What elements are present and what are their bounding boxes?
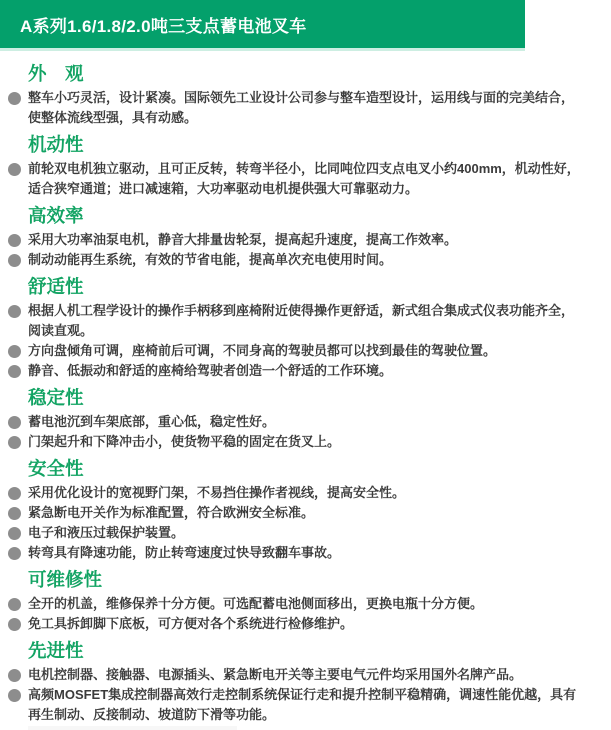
section-comfort: 舒适性 根据人机工程学设计的操作手柄移到座椅附近使得操作更舒适，新式组合集成式仪… <box>8 276 611 381</box>
bullet-icon <box>8 234 21 247</box>
section-advancement: 先进性 电机控制器、接触器、电源插头、紧急断电开关等主要电气元件均采用国外名牌产… <box>8 640 611 725</box>
feature-item: 蓄电池沉到车架底部，重心低，稳定性好。 <box>8 412 611 432</box>
section-heading: 安全性 <box>28 458 611 479</box>
section-heading: 先进性 <box>28 640 611 661</box>
bullet-icon <box>8 365 21 378</box>
bullet-icon <box>8 507 21 520</box>
feature-list: 外 观 整车小巧灵活，设计紧凑。国际领先工业设计公司参与整车造型设计，运用线与面… <box>0 51 611 725</box>
feature-item: 门架起升和下降冲击小，使货物平稳的固定在货叉上。 <box>8 432 611 452</box>
bullet-icon <box>8 254 21 267</box>
feature-text: 转弯具有降速功能，防止转弯速度过快导致翻车事故。 <box>28 543 581 563</box>
feature-text: 高频MOSFET集成控制器高效行走控制系统保证行走和提升控制平稳精确，调速性能优… <box>28 685 581 725</box>
feature-text: 采用大功率油泵电机，静音大排量齿轮泵，提高起升速度，提高工作效率。 <box>28 230 581 250</box>
section-mobility: 机动性 前轮双电机独立驱动，且可正反转，转弯半径小，比同吨位四支点电叉小约400… <box>8 134 611 199</box>
feature-item: 转弯具有降速功能，防止转弯速度过快导致翻车事故。 <box>8 543 611 563</box>
section-safety: 安全性 采用优化设计的宽视野门架，不易挡住操作者视线，提高安全性。 紧急断电开关… <box>8 458 611 563</box>
feature-item: 前轮双电机独立驱动，且可正反转，转弯半径小，比同吨位四支点电叉小约400mm，机… <box>8 159 611 199</box>
feature-item: 电机控制器、接触器、电源插头、紧急断电开关等主要电气元件均采用国外名牌产品。 <box>8 665 611 685</box>
feature-text: 方向盘倾角可调，座椅前后可调，不同身高的驾驶员都可以找到最佳的驾驶位置。 <box>28 341 581 361</box>
bullet-icon <box>8 305 21 318</box>
bullet-icon <box>8 618 21 631</box>
bullet-icon <box>8 92 21 105</box>
feature-text: 全开的机盖，维修保养十分方便。可选配蓄电池侧面移出，更换电瓶十分方便。 <box>28 594 581 614</box>
bullet-icon <box>8 345 21 358</box>
feature-item: 全开的机盖，维修保养十分方便。可选配蓄电池侧面移出，更换电瓶十分方便。 <box>8 594 611 614</box>
bullet-icon <box>8 669 21 682</box>
feature-text: 根据人机工程学设计的操作手柄移到座椅附近使得操作更舒适，新式组合集成式仪表功能齐… <box>28 301 581 341</box>
bullet-icon <box>8 547 21 560</box>
title-bar: A系列1.6/1.8/2.0吨三支点蓄电池叉车 <box>0 0 525 51</box>
feature-item: 方向盘倾角可调，座椅前后可调，不同身高的驾驶员都可以找到最佳的驾驶位置。 <box>8 341 611 361</box>
section-heading: 机动性 <box>28 134 611 155</box>
section-efficiency: 高效率 采用大功率油泵电机，静音大排量齿轮泵，提高起升速度，提高工作效率。 制动… <box>8 205 611 270</box>
section-appearance: 外 观 整车小巧灵活，设计紧凑。国际领先工业设计公司参与整车造型设计，运用线与面… <box>8 63 611 128</box>
page-title: A系列1.6/1.8/2.0吨三支点蓄电池叉车 <box>20 12 307 37</box>
feature-item: 电子和液压过载保护装置。 <box>8 523 611 543</box>
feature-text: 蓄电池沉到车架底部，重心低，稳定性好。 <box>28 412 581 432</box>
feature-text: 制动动能再生系统，有效的节省电能，提高单次充电使用时间。 <box>28 250 581 270</box>
section-heading: 稳定性 <box>28 387 611 408</box>
feature-item: 制动动能再生系统，有效的节省电能，提高单次充电使用时间。 <box>8 250 611 270</box>
feature-item: 采用大功率油泵电机，静音大排量齿轮泵，提高起升速度，提高工作效率。 <box>8 230 611 250</box>
partial-panel-top <box>28 726 237 730</box>
section-heading: 可维修性 <box>28 569 611 590</box>
bullet-icon <box>8 527 21 540</box>
bullet-icon <box>8 689 21 702</box>
bullet-icon <box>8 436 21 449</box>
section-heading: 外 观 <box>28 63 611 84</box>
feature-text: 整车小巧灵活，设计紧凑。国际领先工业设计公司参与整车造型设计，运用线与面的完美结… <box>28 88 581 128</box>
feature-text: 前轮双电机独立驱动，且可正反转，转弯半径小，比同吨位四支点电叉小约400mm，机… <box>28 159 581 199</box>
section-heading: 舒适性 <box>28 276 611 297</box>
section-stability: 稳定性 蓄电池沉到车架底部，重心低，稳定性好。 门架起升和下降冲击小，使货物平稳… <box>8 387 611 452</box>
bullet-icon <box>8 598 21 611</box>
feature-text: 门架起升和下降冲击小，使货物平稳的固定在货叉上。 <box>28 432 581 452</box>
bullet-icon <box>8 487 21 500</box>
feature-text: 紧急断电开关作为标准配置，符合欧洲安全标准。 <box>28 503 581 523</box>
feature-item: 紧急断电开关作为标准配置，符合欧洲安全标准。 <box>8 503 611 523</box>
feature-item: 采用优化设计的宽视野门架，不易挡住操作者视线，提高安全性。 <box>8 483 611 503</box>
feature-text: 采用优化设计的宽视野门架，不易挡住操作者视线，提高安全性。 <box>28 483 581 503</box>
bullet-icon <box>8 416 21 429</box>
feature-item: 整车小巧灵活，设计紧凑。国际领先工业设计公司参与整车造型设计，运用线与面的完美结… <box>8 88 611 128</box>
feature-item: 静音、低振动和舒适的座椅给驾驶者创造一个舒适的工作环境。 <box>8 361 611 381</box>
feature-item: 免工具拆卸脚下底板，可方便对各个系统进行检修维护。 <box>8 614 611 634</box>
section-maintainability: 可维修性 全开的机盖，维修保养十分方便。可选配蓄电池侧面移出，更换电瓶十分方便。… <box>8 569 611 634</box>
feature-item: 高频MOSFET集成控制器高效行走控制系统保证行走和提升控制平稳精确，调速性能优… <box>8 685 611 725</box>
feature-text: 静音、低振动和舒适的座椅给驾驶者创造一个舒适的工作环境。 <box>28 361 581 381</box>
section-heading: 高效率 <box>28 205 611 226</box>
feature-text: 电子和液压过载保护装置。 <box>28 523 581 543</box>
feature-item: 根据人机工程学设计的操作手柄移到座椅附近使得操作更舒适，新式组合集成式仪表功能齐… <box>8 301 611 341</box>
bullet-icon <box>8 163 21 176</box>
feature-text: 免工具拆卸脚下底板，可方便对各个系统进行检修维护。 <box>28 614 581 634</box>
feature-text: 电机控制器、接触器、电源插头、紧急断电开关等主要电气元件均采用国外名牌产品。 <box>28 665 581 685</box>
